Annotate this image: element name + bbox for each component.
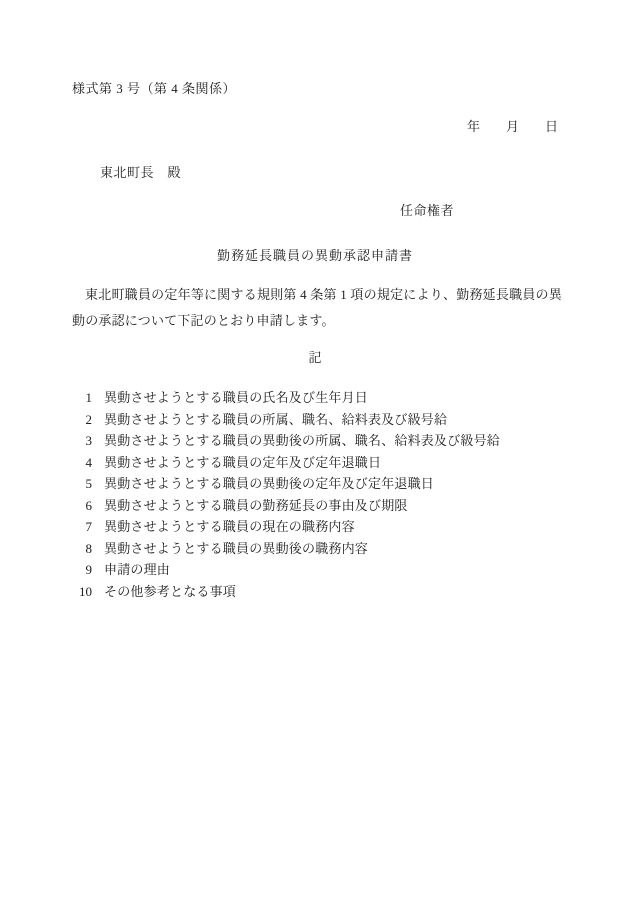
list-item-number: 7 [72, 516, 92, 538]
date-month-label: 月 [506, 116, 519, 135]
date-year-label: 年 [467, 116, 480, 135]
list-item: 6 異動させようとする職員の勤務延長の事由及び期限 [72, 495, 562, 517]
list-item-text: 申請の理由 [104, 559, 170, 581]
list-item: 9 申請の理由 [72, 559, 562, 581]
list-item-number: 9 [72, 559, 92, 581]
list-item: 2 異動させようとする職員の所属、職名、給料表及び級号給 [72, 409, 562, 431]
list-item-text: 異動させようとする職員の氏名及び生年月日 [104, 387, 368, 409]
document-page: 様式第 3 号（第 4 条関係） 年 月 日 東北町長 殿 任命権者 勤務延長職… [0, 0, 630, 903]
list-item-text: 異動させようとする職員の異動後の定年及び定年退職日 [104, 473, 434, 495]
appointing-authority-label: 任命権者 [400, 200, 454, 219]
list-item-text: 異動させようとする職員の異動後の職務内容 [104, 538, 368, 560]
list-item-text: 異動させようとする職員の勤務延長の事由及び期限 [104, 495, 408, 517]
list-item-number: 1 [72, 387, 92, 409]
list-item-number: 3 [72, 430, 92, 452]
list-item: 3 異動させようとする職員の異動後の所属、職名、給料表及び級号給 [72, 430, 562, 452]
body-paragraph: 東北町職員の定年等に関する規則第 4 条第 1 項の規定により、勤務延長職員の異… [72, 282, 562, 334]
list-item: 7 異動させようとする職員の現在の職務内容 [72, 516, 562, 538]
list-item-number: 8 [72, 538, 92, 560]
list-item-number: 5 [72, 473, 92, 495]
form-number: 様式第 3 号（第 4 条関係） [72, 78, 236, 97]
list-item-text: 異動させようとする職員の異動後の所属、職名、給料表及び級号給 [104, 430, 500, 452]
item-list: 1 異動させようとする職員の氏名及び生年月日 2 異動させようとする職員の所属、… [72, 387, 562, 602]
list-item-text: その他参考となる事項 [104, 581, 236, 603]
list-item: 4 異動させようとする職員の定年及び定年退職日 [72, 452, 562, 474]
list-item: 10 その他参考となる事項 [72, 581, 562, 603]
list-item-number: 6 [72, 495, 92, 517]
list-item-text: 異動させようとする職員の現在の職務内容 [104, 516, 355, 538]
addressee: 東北町長 殿 [100, 162, 181, 181]
list-item-text: 異動させようとする職員の定年及び定年退職日 [104, 452, 381, 474]
list-item-text: 異動させようとする職員の所属、職名、給料表及び級号給 [104, 409, 447, 431]
list-item-number: 10 [72, 581, 92, 603]
document-title: 勤務延長職員の異動承認申請書 [0, 245, 630, 264]
note-marker: 記 [0, 347, 630, 366]
date-day-label: 日 [545, 116, 558, 135]
list-item-number: 4 [72, 452, 92, 474]
date-line: 年 月 日 [467, 116, 558, 135]
list-item-number: 2 [72, 409, 92, 431]
list-item: 5 異動させようとする職員の異動後の定年及び定年退職日 [72, 473, 562, 495]
list-item: 8 異動させようとする職員の異動後の職務内容 [72, 538, 562, 560]
list-item: 1 異動させようとする職員の氏名及び生年月日 [72, 387, 562, 409]
